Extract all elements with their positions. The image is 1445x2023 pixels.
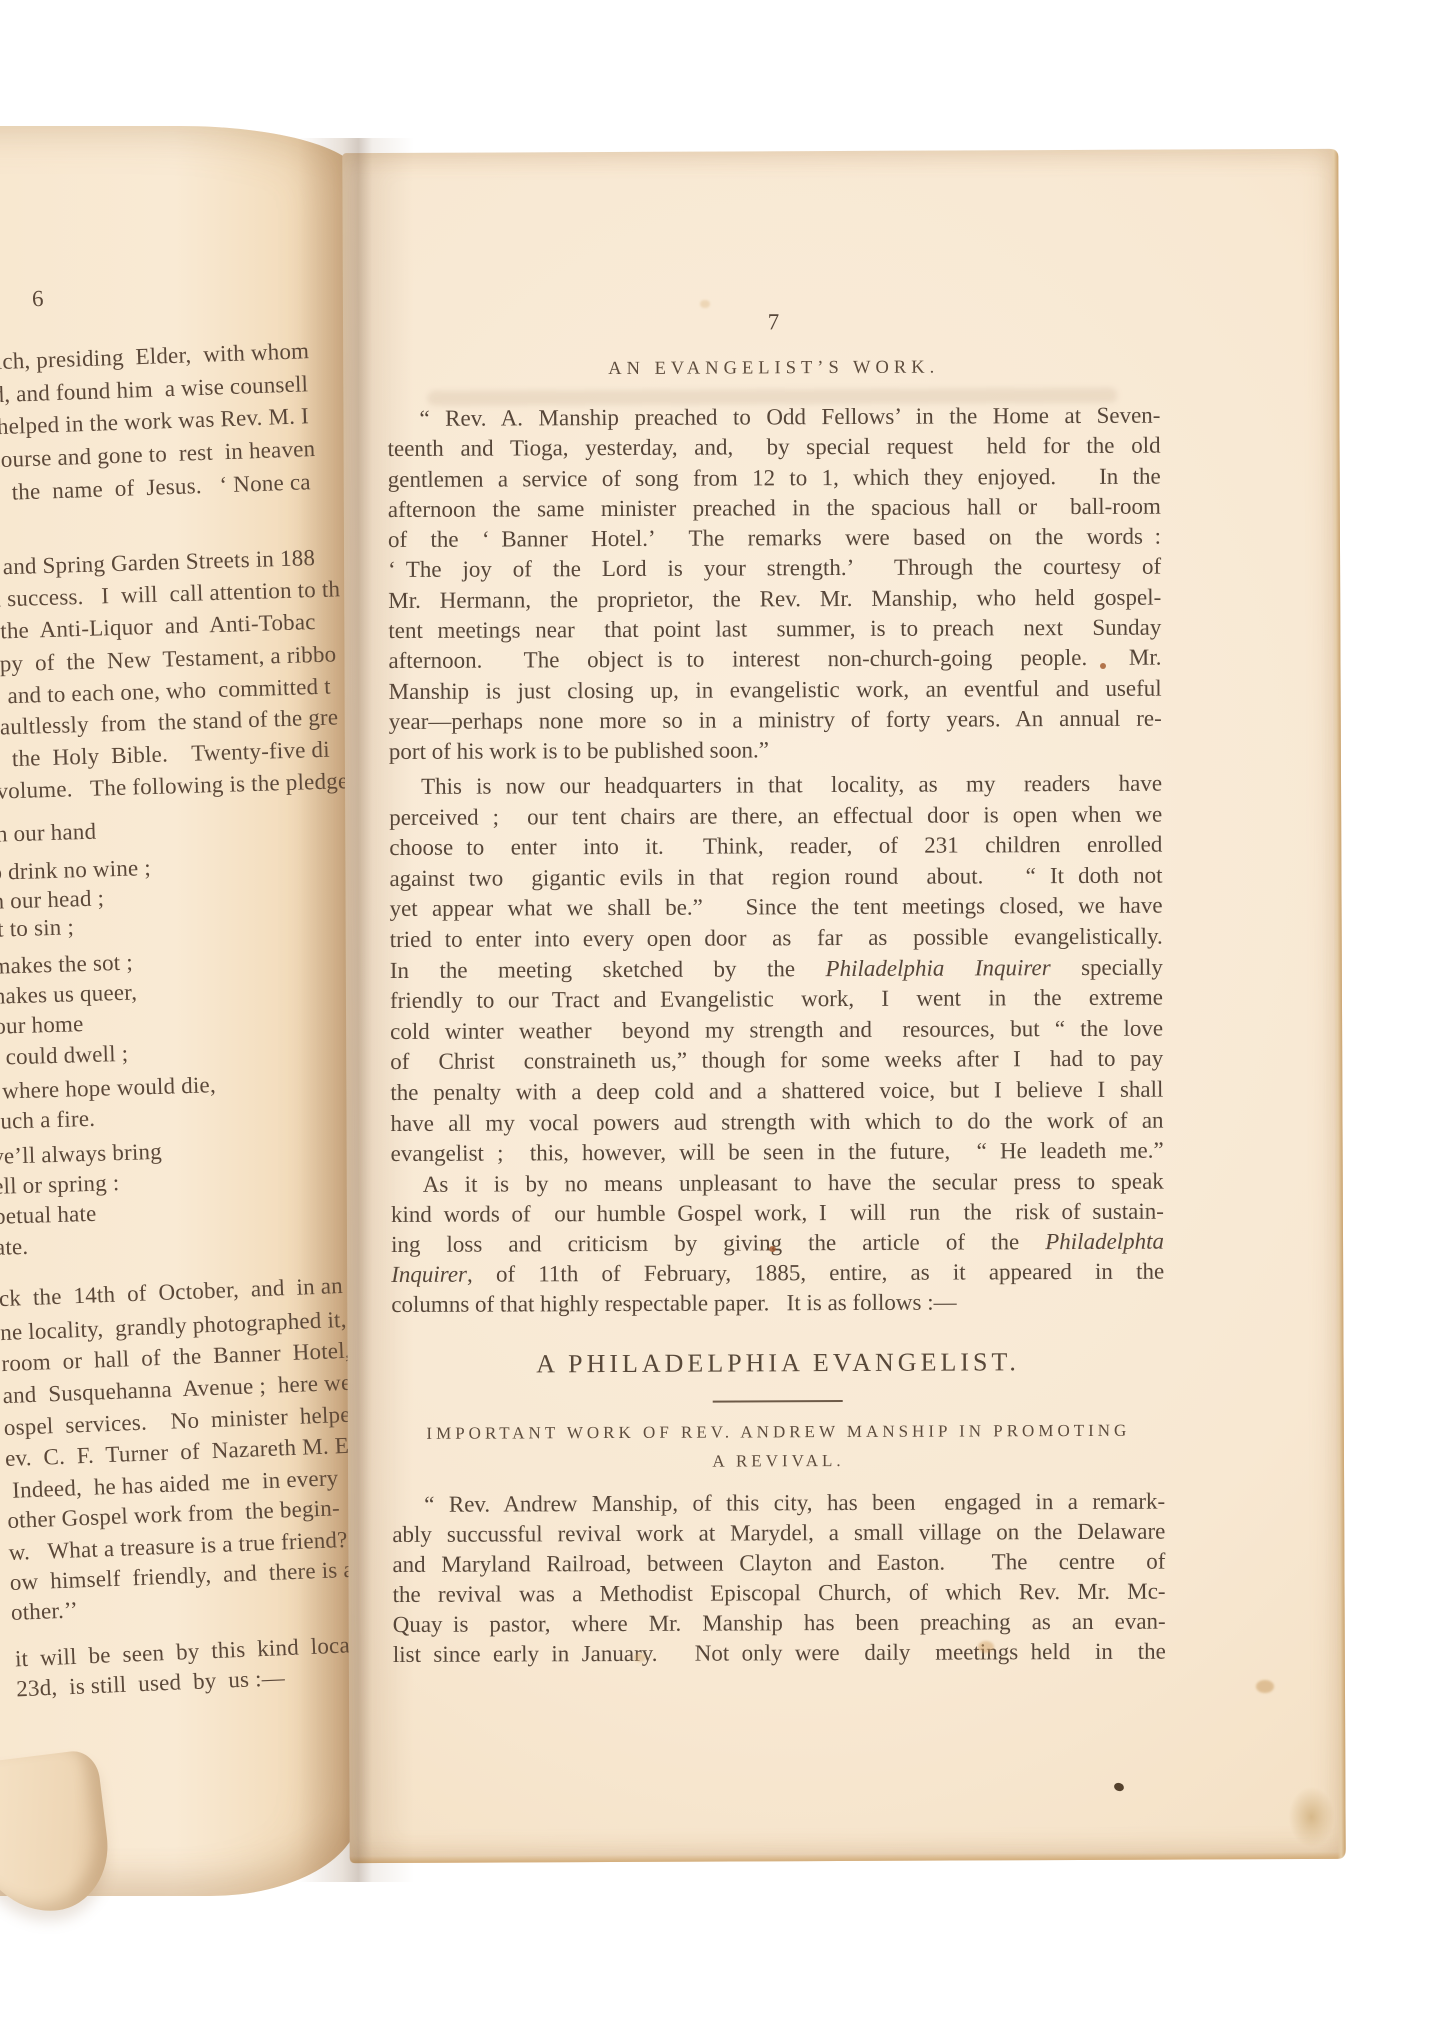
- foxing-spot: [978, 1641, 994, 1653]
- running-header: AN EVANGELIST’S WORK.: [387, 357, 1160, 381]
- text-line: In the meeting sketched by the Philadelp…: [390, 952, 1163, 986]
- text-line: “ Rev. A. Manship preached to Odd Fellow…: [387, 401, 1160, 435]
- text-line: columns of that highly respectable paper…: [391, 1287, 1164, 1320]
- text-line: the revival was a Methodist Episcopal Ch…: [393, 1577, 1166, 1610]
- text-line: and Maryland Railroad, between Clayton a…: [392, 1547, 1165, 1580]
- text-line: afternoon. The object is to interest non…: [388, 643, 1161, 677]
- text-line: of Christ constraineth us,” though for s…: [390, 1044, 1163, 1078]
- text-line: Quay is pastor, where Mr. Manship has be…: [393, 1607, 1166, 1640]
- book-photo: 6 Welch, presiding Elder, with whomised,…: [0, 0, 1445, 2023]
- text-line: This is now our headquarters in that loc…: [389, 769, 1162, 803]
- page7-paragraph-2: This is now our headquarters in that loc…: [389, 769, 1164, 1170]
- foxing-spot: [634, 1653, 646, 1662]
- text-line: 23d, is still used by us :—: [16, 1665, 286, 1702]
- text-line: ing loss and criticism by giving the art…: [391, 1227, 1164, 1260]
- text-line: tried to enter into every open door as f…: [390, 922, 1163, 956]
- text-line: teenth and Tioga, yesterday, and, by spe…: [388, 431, 1161, 465]
- text-line: Mr. Hermann, the proprietor, the Rev. Mr…: [388, 582, 1161, 616]
- page7-paragraph-4: “ Rev. Andrew Manship, of this city, has…: [392, 1487, 1166, 1670]
- left-page: 6 Welch, presiding Elder, with whomised,…: [0, 126, 360, 1896]
- text-line: As it is by no means unpleasant to have …: [391, 1167, 1164, 1200]
- text-line: “ Rev. Andrew Manship, of this city, has…: [392, 1487, 1165, 1520]
- page-number-7: 7: [387, 308, 1160, 337]
- rust-spot: [1100, 663, 1106, 669]
- text-line: ‘ The joy of the Lord is your strength.’…: [388, 552, 1161, 586]
- heading-rule: [713, 1400, 843, 1403]
- text-line: against two gigantic evils in that regio…: [389, 860, 1162, 894]
- text-line: Inquirer, of 11th of February, 1885, ent…: [391, 1257, 1164, 1290]
- text-line: kind words of our humble Gospel work, I …: [391, 1197, 1164, 1230]
- text-line: gentlemen a service of song from 12 to 1…: [388, 461, 1161, 495]
- text-line: list since early in January. Not only we…: [393, 1637, 1166, 1670]
- text-line: it will be seen by this kind local: [14, 1632, 356, 1672]
- rust-spot: [769, 1246, 776, 1252]
- right-page: 7 AN EVANGELIST’S WORK. “ Rev. A. Manshi…: [342, 149, 1345, 1863]
- text-line: yet appear what we shall be.” Since the …: [390, 891, 1163, 925]
- text-line: Manship is just closing up, in evangelis…: [389, 673, 1162, 707]
- text-line: have all my vocal powers aud strength wi…: [390, 1105, 1163, 1139]
- article-subheading-line1: IMPORTANT WORK OF REV. ANDREW MANSHIP IN…: [392, 1421, 1165, 1444]
- text-line: the penalty with a deep cold and a shatt…: [390, 1075, 1163, 1109]
- text-line: afternoon the same minister preached in …: [388, 492, 1161, 526]
- text-line: choose to enter into it. Think, reader, …: [389, 830, 1162, 864]
- foxing-spot: [700, 300, 710, 308]
- article-subheading-line2: A REVIVAL.: [392, 1450, 1165, 1473]
- text-line: port of his work is to be published soon…: [389, 734, 1162, 768]
- text-line: tent meetings near that point last summe…: [388, 613, 1161, 647]
- foxing-spot: [1256, 1680, 1274, 1693]
- text-line: cold winter weather beyond my strength a…: [390, 1013, 1163, 1047]
- article-heading: A PHILADELPHIA EVANGELIST.: [391, 1347, 1164, 1380]
- text-line: year—perhaps none more so in a ministry …: [389, 704, 1162, 738]
- page7-paragraph-1: “ Rev. A. Manship preached to Odd Fellow…: [387, 401, 1162, 768]
- text-line: perceived ; our tent chairs are there, a…: [389, 799, 1162, 833]
- left-page-paragraph-4: it will be seen by this kind local23d, i…: [0, 126, 360, 1896]
- page7-paragraph-3: As it is by no means unpleasant to have …: [391, 1167, 1165, 1320]
- text-line: of the ‘ Banner Hotel.’ The remarks were…: [388, 522, 1161, 556]
- text-line: ably succussful revival work at Marydel,…: [392, 1517, 1165, 1550]
- text-line: friendly to our Tract and Evangelistic w…: [390, 983, 1163, 1017]
- corner-stain: [1279, 1775, 1343, 1859]
- text-line: evangelist ; this, however, will be seen…: [391, 1136, 1164, 1170]
